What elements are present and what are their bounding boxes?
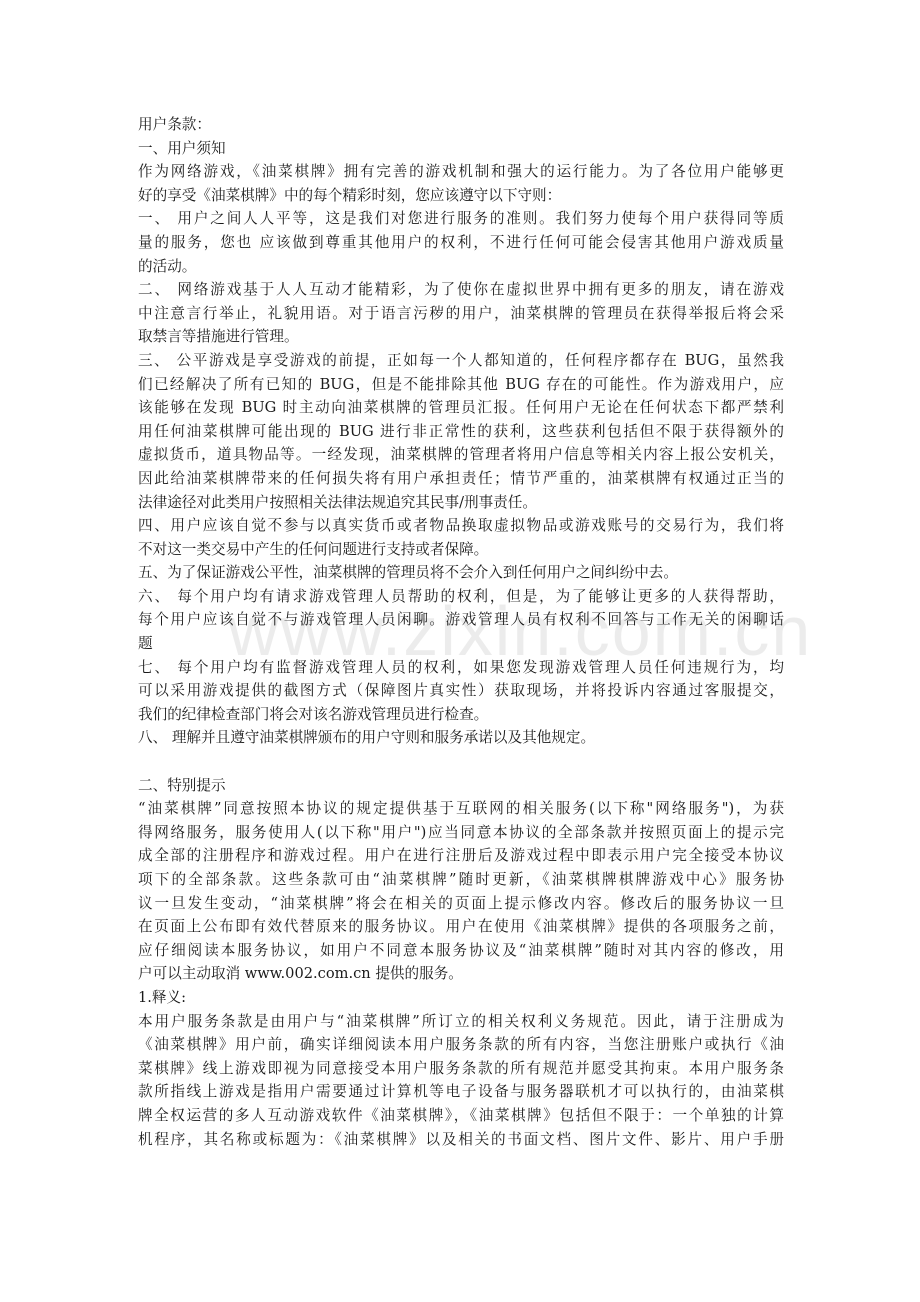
rule-1: 一、 用户之间人人平等，这是我们对您进行服务的准则。我们努力使每个用户获得同等质… <box>138 207 784 278</box>
text-line: 牌全权运营的多人互动游戏软件《油菜棋牌》，《油菜棋牌》包括但不限于：一个单独的计… <box>138 1104 784 1128</box>
text-line: 一、 用户之间人人平等，这是我们对您进行服务的准则。我们努力使每个用户获得同等质 <box>138 207 784 231</box>
rule-7: 七、 每个用户均有监督游戏管理人员的权利，如果您发现游戏管理人员任何违规行为，均… <box>138 656 784 727</box>
text-line: 八、 理解并且遵守油菜棋牌颁布的用户守则和服务承诺以及其他规定。 <box>138 726 784 750</box>
section-2-heading: 二、特别提示 <box>138 774 784 798</box>
text-line: 可以采用游戏提供的截图方式（保障图片真实性）获取现场，并将投诉内容通过客服提交， <box>138 679 784 703</box>
text-line: 该能够在发现 BUG 时主动向油菜棋牌的管理员汇报。任何用户无论在任何状态下都严… <box>138 396 784 420</box>
text-line: 我们的纪律检查部门将会对该名游戏管理员进行检查。 <box>138 703 784 727</box>
text-line: 六、 每个用户均有请求游戏管理人员帮助的权利，但是，为了能够让更多的人获得帮助， <box>138 585 784 609</box>
text-line: 的活动。 <box>138 255 784 279</box>
rule-5: 五、为了保证游戏公平性，油菜棋牌的管理员将不会介入到任何用户之间纠纷中去。 <box>138 561 784 585</box>
text-line: 量的服务，您也 应该做到尊重其他用户的权利，不进行任何可能会侵害其他用户游戏质量 <box>138 231 784 255</box>
text-line: 每个用户应该自觉不与游戏管理人员闲聊。游戏管理人员有权利不回答与工作无关的闲聊话 <box>138 608 784 632</box>
document-title: 用户条款： <box>138 113 784 137</box>
text-line: 议一旦发生变动，“油菜棋牌”将会在相关的页面上提示修改内容。修改后的服务协议一旦 <box>138 892 784 916</box>
text-line: 取禁言等措施进行管理。 <box>138 325 784 349</box>
text-line: 得网络服务，服务使用人(以下称"用户")应当同意本协议的全部条款并按照页面上的提… <box>138 821 784 845</box>
text-line: 虚拟货币，道具物品等。一经发现，油菜棋牌的管理者将用户信息等相关内容上报公安机关… <box>138 443 784 467</box>
text-line: 在页面上公布即有效代替原来的服务协议。用户在使用《油菜棋牌》提供的各项服务之前， <box>138 915 784 939</box>
text-line: 四、用户应该自觉不参与以真实货币或者物品换取虚拟物品或游戏账号的交易行为，我们将 <box>138 514 784 538</box>
text-line: 款所指线上游戏是指用户需要通过计算机等电子设备与服务器联机才可以执行的，由油菜棋 <box>138 1080 784 1104</box>
text-line: 《油菜棋牌》用户前，确实详细阅读本用户服务条款的所有内容，当您注册账户或执行《油 <box>138 1033 784 1057</box>
rule-3: 三、 公平游戏是享受游戏的前提，正如每一个人都知道的，任何程序都存在 BUG，虽… <box>138 349 784 514</box>
text-line: 好的享受《油菜棋牌》中的每个精彩时刻，您应该遵守以下守则： <box>138 184 784 208</box>
rule-4: 四、用户应该自觉不参与以真实货币或者物品换取虚拟物品或游戏账号的交易行为，我们将… <box>138 514 784 561</box>
section-1-heading: 一、用户须知 <box>138 137 784 161</box>
blank-line <box>138 750 784 774</box>
text-line: 七、 每个用户均有监督游戏管理人员的权利，如果您发现游戏管理人员任何违规行为，均 <box>138 656 784 680</box>
rule-2: 二、 网络游戏基于人人互动才能精彩，为了使你在虚拟世界中拥有更多的朋友，请在游戏… <box>138 278 784 349</box>
subsection-1-heading: 1.释义: <box>138 986 784 1010</box>
document-page: 用户条款： 一、用户须知 作为网络游戏，《油菜棋牌》拥有完善的游戏机制和强大的运… <box>138 113 784 1151</box>
text-line: 用任何油菜棋牌可能出现的 BUG 进行非正常性的获利，这些获利包括但不限于获得额… <box>138 420 784 444</box>
section-1-intro: 作为网络游戏，《油菜棋牌》拥有完善的游戏机制和强大的运行能力。为了各位用户能够更… <box>138 160 784 207</box>
text-line: 五、为了保证游戏公平性，油菜棋牌的管理员将不会介入到任何用户之间纠纷中去。 <box>138 561 784 585</box>
rule-8: 八、 理解并且遵守油菜棋牌颁布的用户守则和服务承诺以及其他规定。 <box>138 726 784 750</box>
text-line: 题 <box>138 632 784 656</box>
text-line: 本用户服务条款是由用户与“油菜棋牌”所订立的相关权利义务规范。因此，请于注册成为 <box>138 1010 784 1034</box>
text-line: 户可以主动取消 www.002.com.cn 提供的服务。 <box>138 962 784 986</box>
text-line: 二、 网络游戏基于人人互动才能精彩，为了使你在虚拟世界中拥有更多的朋友，请在游戏 <box>138 278 784 302</box>
text-line: 不对这一类交易中产生的任何问题进行支持或者保障。 <box>138 538 784 562</box>
text-line: 成全部的注册程序和游戏过程。用户在进行注册后及游戏过程中即表示用户完全接受本协议 <box>138 844 784 868</box>
subsection-1-paragraph: 本用户服务条款是由用户与“油菜棋牌”所订立的相关权利义务规范。因此，请于注册成为… <box>138 1010 784 1152</box>
text-line: 法律途径对此类用户按照相关法律法规追究其民事/刑事责任。 <box>138 491 784 515</box>
text-line: “油菜棋牌”同意按照本协议的规定提供基于互联网的相关服务(以下称"网络服务")，… <box>138 797 784 821</box>
text-line: 项下的全部条款。这些条款可由“油菜棋牌”随时更新，《油菜棋牌棋牌游戏中心》服务协 <box>138 868 784 892</box>
text-line: 中注意言行举止，礼貌用语。对于语言污秽的用户，油菜棋牌的管理员在获得举报后将会采 <box>138 302 784 326</box>
text-line: 菜棋牌》线上游戏即视为同意接受本用户服务条款的所有规范并愿受其拘束。本用户服务条 <box>138 1057 784 1081</box>
text-line: 应仔细阅读本服务协议，如用户不同意本服务协议及“油菜棋牌”随时对其内容的修改，用 <box>138 939 784 963</box>
text-line: 因此给油菜棋牌带来的任何损失将有用户承担责任；情节严重的，油菜棋牌有权通过正当的 <box>138 467 784 491</box>
text-line: 机程序，其名称或标题为：《油菜棋牌》以及相关的书面文档、图片文件、影片、用户手册 <box>138 1128 784 1152</box>
section-2-paragraph: “油菜棋牌”同意按照本协议的规定提供基于互联网的相关服务(以下称"网络服务")，… <box>138 797 784 986</box>
text-line: 三、 公平游戏是享受游戏的前提，正如每一个人都知道的，任何程序都存在 BUG，虽… <box>138 349 784 373</box>
rule-6: 六、 每个用户均有请求游戏管理人员帮助的权利，但是，为了能够让更多的人获得帮助，… <box>138 585 784 656</box>
text-line: 作为网络游戏，《油菜棋牌》拥有完善的游戏机制和强大的运行能力。为了各位用户能够更 <box>138 160 784 184</box>
text-line: 们已经解决了所有已知的 BUG，但是不能排除其他 BUG 存在的可能性。作为游戏… <box>138 373 784 397</box>
